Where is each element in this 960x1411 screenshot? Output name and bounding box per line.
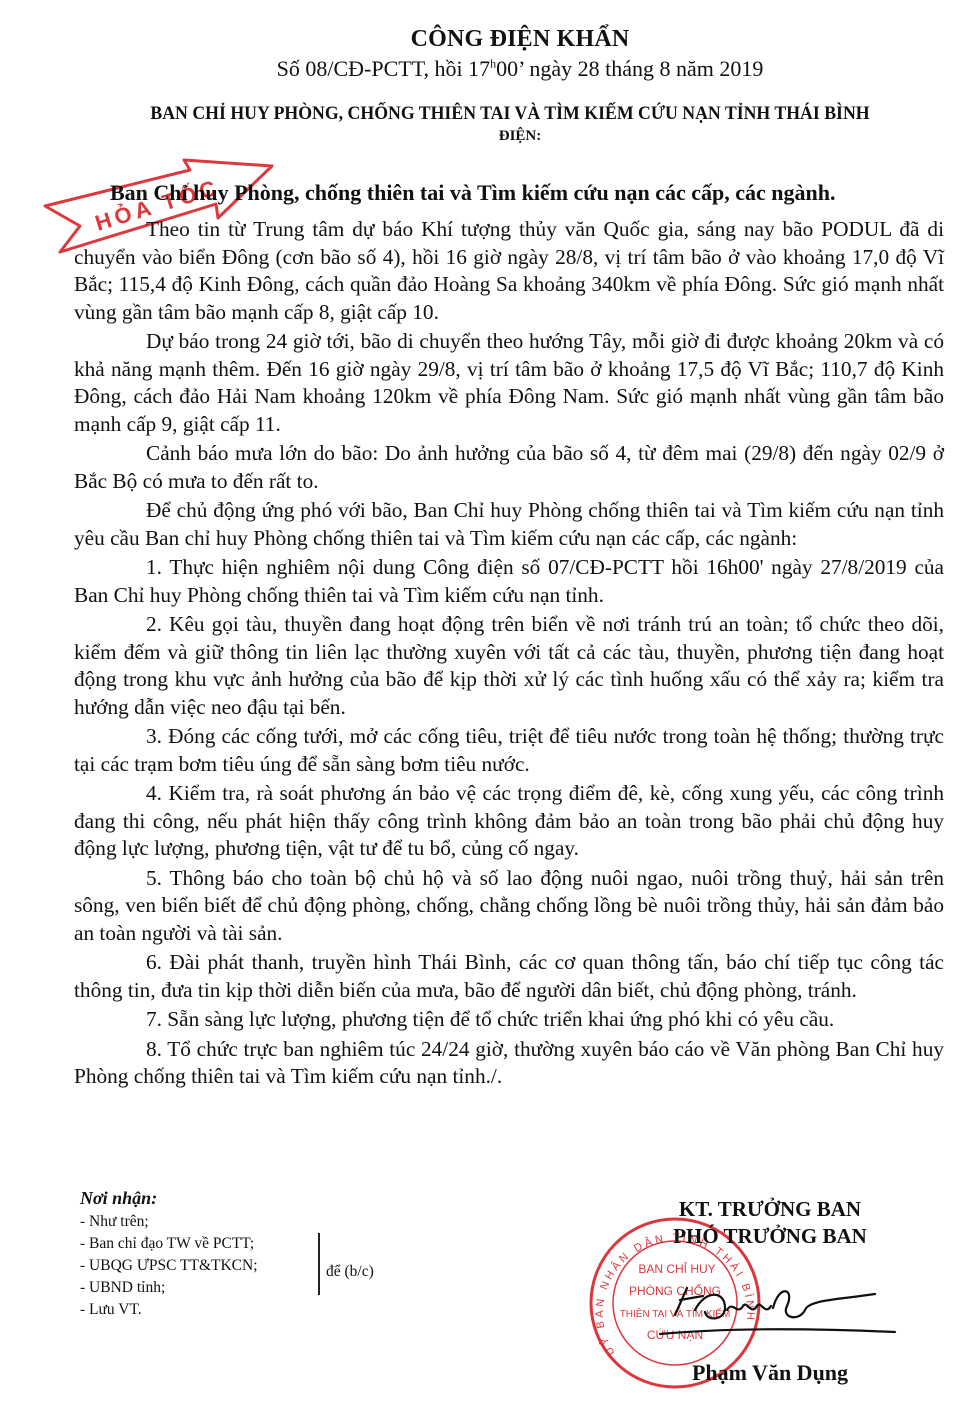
paragraph-rain-warning: Cảnh báo mưa lớn do bão: Do ảnh hưởng củ… [74, 440, 944, 495]
receiver-item: - Như trên; [80, 1211, 258, 1233]
signatory-title-1: KT. TRƯỞNG BAN [620, 1197, 920, 1222]
document-title: CÔNG ĐIỆN KHẨN [40, 26, 960, 53]
signatory-name: Phạm Văn Dụng [620, 1360, 920, 1386]
document-number: Số 08/CĐ-PCTT, hồi 17h00’ ngày 28 tháng … [40, 56, 960, 82]
document-page: CÔNG ĐIỆN KHẨN Số 08/CĐ-PCTT, hồi 17h00’… [0, 0, 960, 1411]
receiver-item: - Ban chỉ đạo TW về PCTT; [80, 1233, 258, 1255]
directive-4: 4. Kiểm tra, rà soát phương án bảo vệ cá… [74, 780, 944, 863]
directive-1: 1. Thực hiện nghiêm nội dung Công điện s… [74, 554, 944, 609]
dien-label: ĐIỆN: [40, 128, 960, 145]
directive-7: 7. Sẵn sàng lực lượng, phương tiện để tổ… [74, 1006, 944, 1034]
number-prefix: Số 08/CĐ-PCTT, hồi 17 [277, 56, 491, 81]
directive-8: 8. Tổ chức trực ban nghiêm túc 24/24 giờ… [74, 1036, 944, 1091]
bracket-note: để (b/c) [326, 1263, 374, 1281]
svg-text:UỶ BAN NHÂN DÂN TỈNH THÁI BÌNH: UỶ BAN NHÂN DÂN TỈNH THÁI BÌNH [594, 1232, 756, 1358]
paragraph-storm-status: Theo tin từ Trung tâm dự báo Khí tượng t… [74, 216, 944, 326]
number-suffix: 00’ ngày 28 tháng 8 năm 2019 [496, 56, 763, 81]
svg-text:CỨU NẠN: CỨU NẠN [647, 1327, 703, 1342]
receivers-block: Nơi nhận: - Như trên; - Ban chỉ đạo TW v… [80, 1188, 258, 1321]
directive-5: 5. Thông báo cho toàn bộ chủ hộ và số la… [74, 865, 944, 948]
handwritten-signature-icon [655, 1270, 905, 1345]
svg-text:THIÊN TAI VÀ TÌM KIẾM: THIÊN TAI VÀ TÌM KIẾM [620, 1307, 731, 1320]
receiver-item: - UBND tỉnh; [80, 1277, 258, 1299]
receiver-item: - Lưu VT. [80, 1299, 258, 1321]
signatory-title-2: PHÓ TRƯỞNG BAN [620, 1224, 920, 1249]
recipient-line: Ban Chỉ huy Phòng, chống thiên tai và Tì… [110, 180, 835, 206]
paragraph-forecast: Dự báo trong 24 giờ tới, bão di chuyển t… [74, 328, 944, 438]
document-body: Theo tin từ Trung tâm dự báo Khí tượng t… [74, 216, 944, 1091]
svg-text:PHÒNG CHỐNG: PHÒNG CHỐNG [629, 1283, 721, 1298]
directive-3: 3. Đóng các cống tưới, mở các cống tiêu,… [74, 723, 944, 778]
receivers-heading: Nơi nhận: [80, 1188, 258, 1209]
receivers-bracket [318, 1233, 320, 1295]
directive-6: 6. Đài phát thanh, truyền hình Thái Bình… [74, 949, 944, 1004]
issuer-organization: BAN CHỈ HUY PHÒNG, CHỐNG THIÊN TAI VÀ TÌ… [78, 104, 942, 125]
paragraph-request: Để chủ động ứng phó với bão, Ban Chỉ huy… [74, 497, 944, 552]
receiver-item: - UBQG ƯPSC TT&TKCN; [80, 1255, 258, 1277]
directive-2: 2. Kêu gọi tàu, thuyền đang hoạt động tr… [74, 611, 944, 721]
svg-text:BAN CHỈ HUY: BAN CHỈ HUY [638, 1261, 715, 1276]
